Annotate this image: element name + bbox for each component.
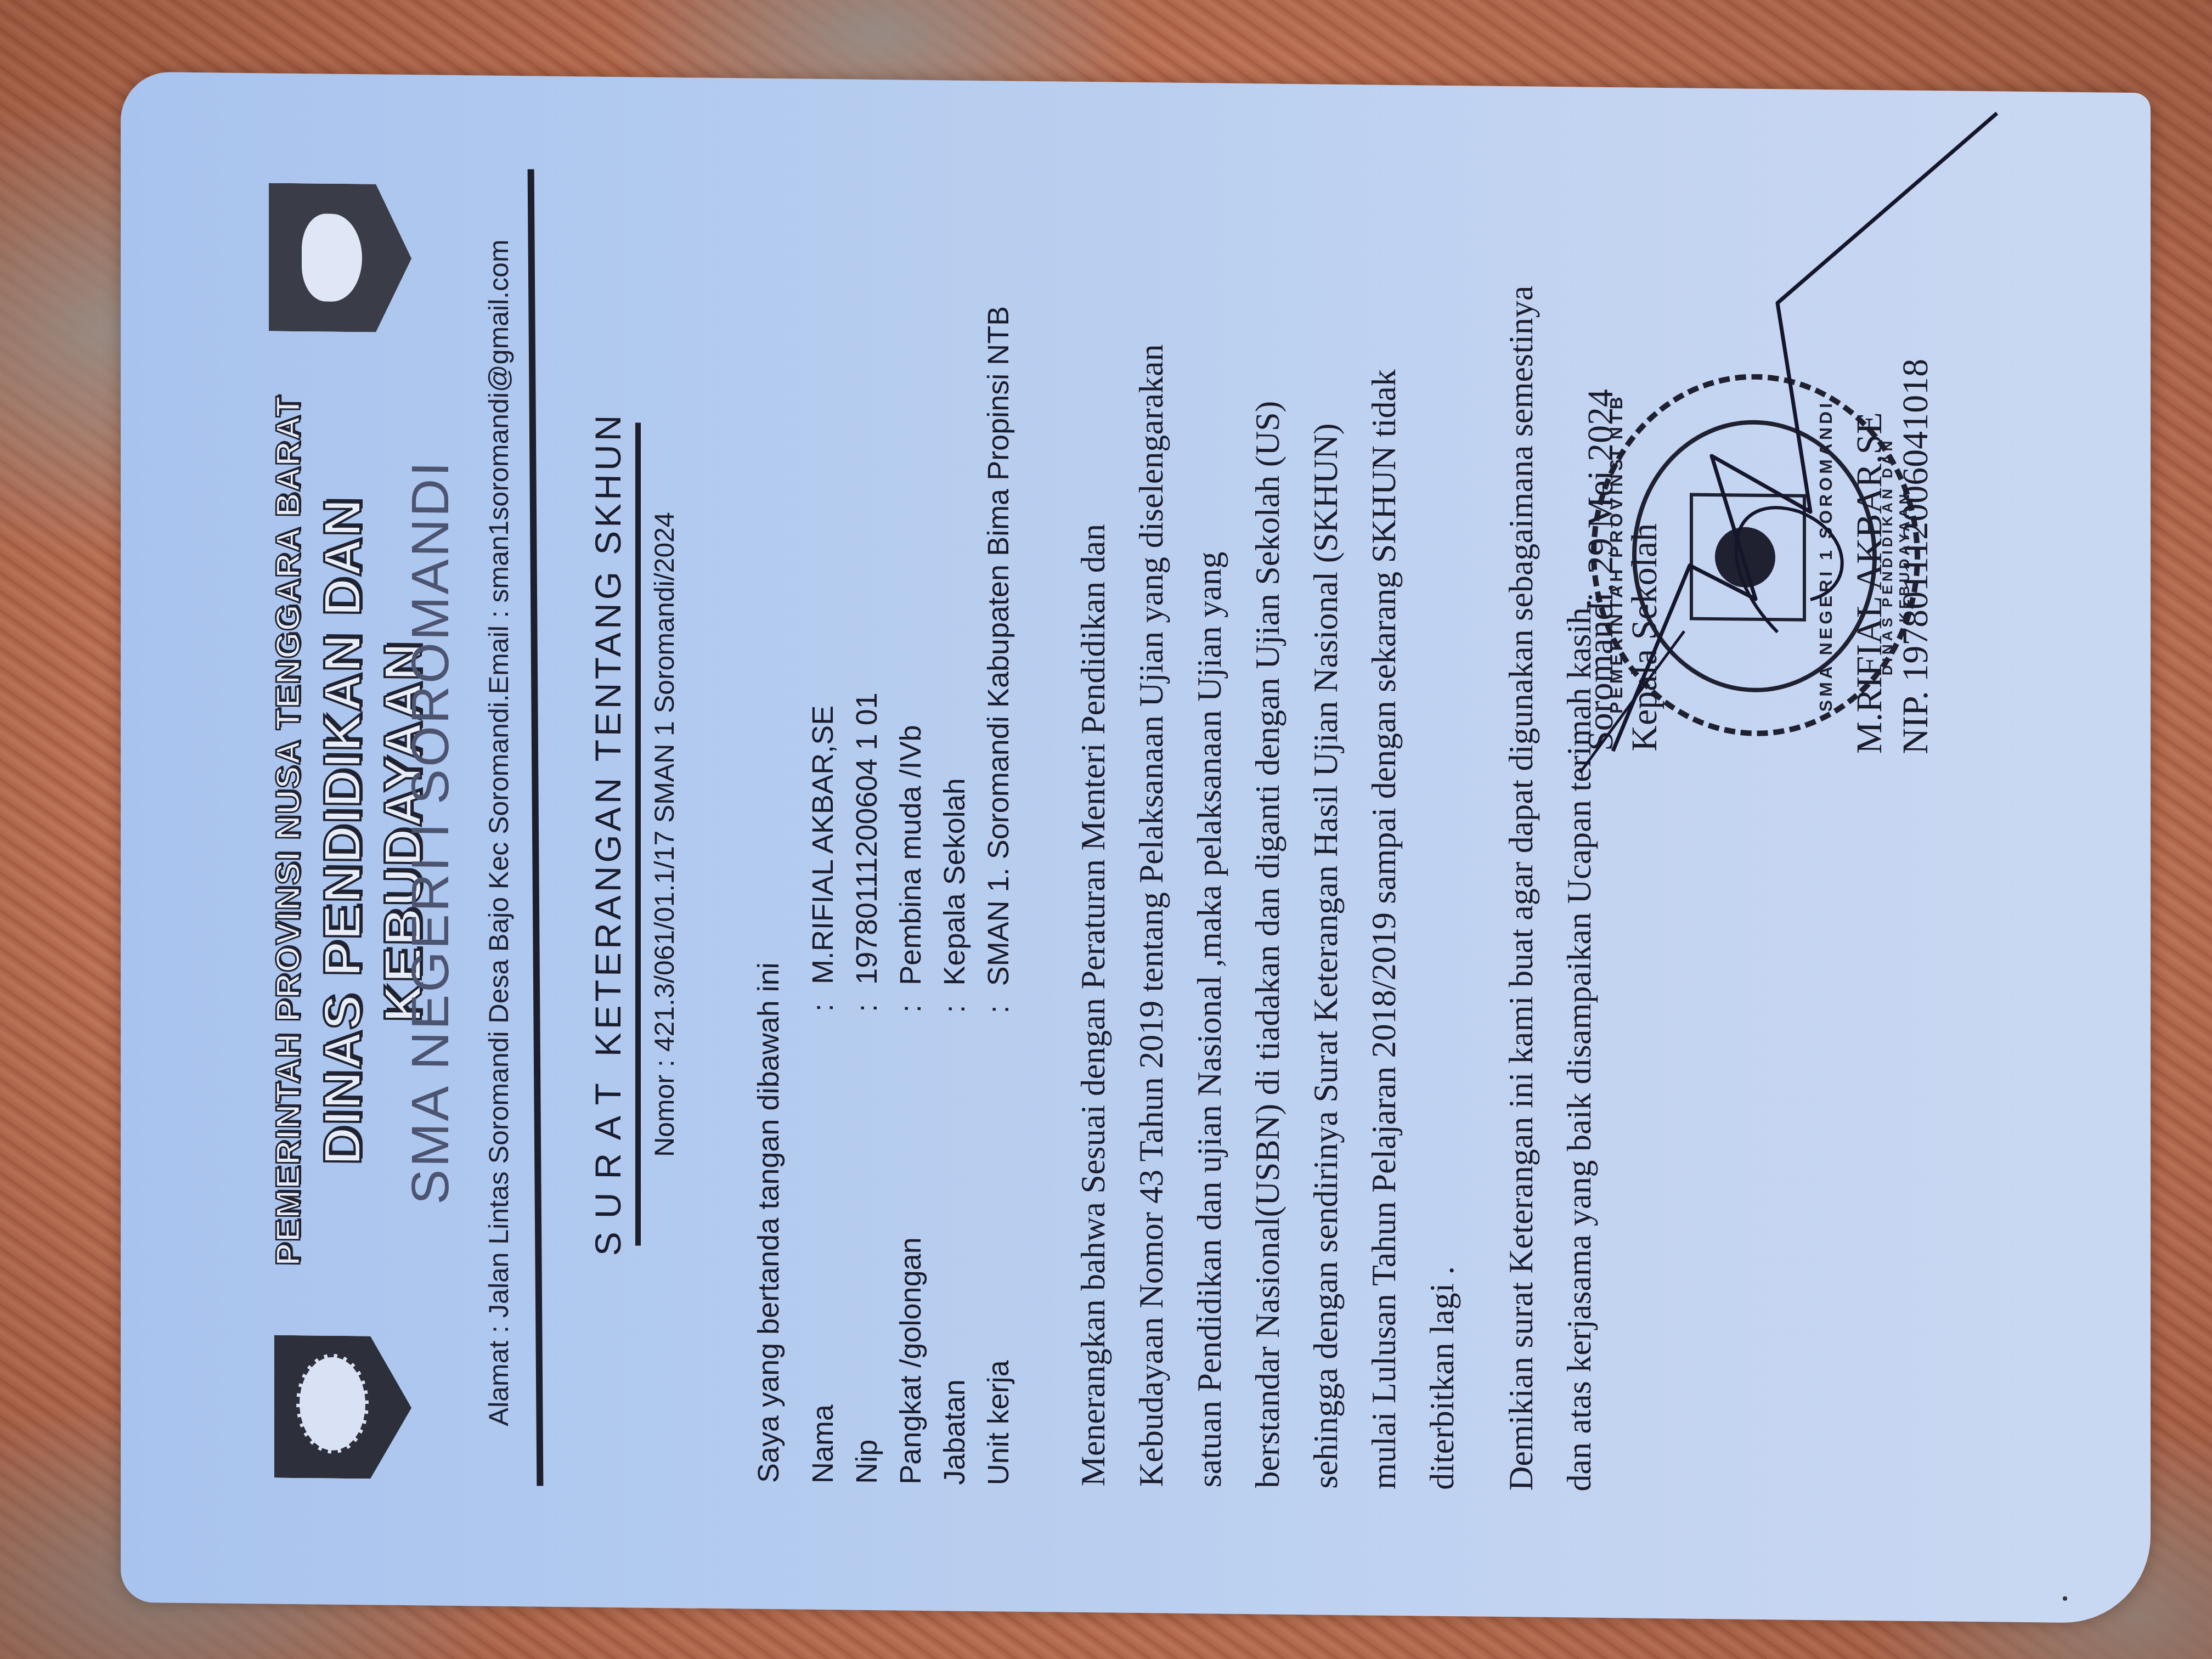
- letterhead-government: PEMERINTAH PROVINSI NUSA TENGGARA BARAT: [269, 347, 308, 1313]
- document-number: Nomor : 421.3/061/01.1/17 SMAN 1 Soroman…: [648, 187, 680, 1482]
- paper-speck: [2063, 1596, 2067, 1601]
- body-line: berstandar Nasional(USBN) di tiadakan da…: [1239, 171, 1297, 1488]
- letterhead-school-name: SMA NEGERI I SOROMANDI: [400, 349, 461, 1315]
- field-label: Nama: [806, 1012, 840, 1484]
- field-value: Pembina muda /IVb: [894, 725, 928, 985]
- signature-space: [1668, 203, 1849, 753]
- regency-emblem-icon: [269, 183, 411, 332]
- closing-line: Demikian surat Keterangan ini kami buat …: [1492, 174, 1550, 1491]
- field-row-unit-kerja: Unit kerja : SMAN 1. Soromandi Kabupaten…: [977, 306, 1020, 1485]
- document-title-main: KETERANGAN TENTANG SKHUN: [588, 411, 628, 1057]
- field-value: Kepala Sekolah: [938, 778, 972, 986]
- body-line: mulai Lulusan Tahun Pelajaran 2018/2019 …: [1355, 172, 1413, 1489]
- body-line: diterbitkan lagi .: [1413, 173, 1471, 1490]
- letterhead: PEMERINTAH PROVINSI NUSA TENGGARA BARAT …: [258, 183, 565, 1481]
- signer-fields: Nama : M.RIFIAL AKBAR,SE Nip : 197801112…: [801, 304, 1020, 1486]
- provincial-emblem-icon: [274, 1335, 411, 1480]
- document-title: SURATKETERANGAN TENTANG SKHUN: [587, 187, 629, 1482]
- field-label: Unit kerja: [981, 1013, 1015, 1486]
- letterhead-address: Alamat : Jalan Lintas Soromandi Desa Baj…: [483, 169, 515, 1497]
- field-row-jabatan: Jabatan : Kepala Sekolah: [933, 306, 977, 1485]
- signature-role: Kepala Sekolah: [1624, 202, 1668, 752]
- document-title-block: SURATKETERANGAN TENTANG SKHUN Nomor : 42…: [587, 187, 680, 1482]
- document-title-prefix: SURAT: [588, 1070, 628, 1256]
- field-colon: :: [894, 985, 928, 1013]
- field-colon: :: [850, 985, 884, 1013]
- field-colon: :: [806, 984, 840, 1012]
- body-line: satuan Pendidikan dan ujian Nasional ,ma…: [1181, 171, 1239, 1488]
- field-row-nama: Nama : M.RIFIAL AKBAR,SE: [801, 304, 845, 1483]
- field-label: Nip: [850, 1012, 884, 1485]
- signature-block: Soromandi, 29 Mei 2024 Kepala Sekolah M.…: [1580, 202, 1939, 754]
- title-underline: [635, 422, 641, 1245]
- field-colon: :: [938, 985, 972, 1013]
- signature-place-date: Soromandi, 29 Mei 2024: [1580, 202, 1624, 751]
- body-line: Menerangkan bahwa Sesuai dengan Peratura…: [1064, 170, 1122, 1487]
- body-line: Kebudayaan Nomor 43 Tahun 2019 tentang P…: [1122, 170, 1181, 1487]
- field-colon: :: [981, 986, 1015, 1014]
- signature-name: M.RIFIAL AKBAR,SE: [1849, 205, 1895, 754]
- field-value: M.RIFIAL AKBAR,SE: [806, 706, 840, 985]
- letterhead-divider: [528, 169, 544, 1486]
- field-row-nip: Nip : 19780111200604 1 01: [845, 304, 889, 1484]
- signature-nip: NIP. 197801112006041018: [1895, 205, 1939, 754]
- intro-text: Saya yang bertanda tangan dibawah ini: [752, 962, 786, 1483]
- field-row-pangkat: Pangkat /golongan : Pembina muda /IVb: [889, 305, 933, 1485]
- photo-frame: PEMERINTAH PROVINSI NUSA TENGGARA BARAT …: [104, 60, 2167, 1635]
- document-page: PEMERINTAH PROVINSI NUSA TENGGARA BARAT …: [121, 72, 2151, 1624]
- field-label: Pangkat /golongan: [894, 1012, 928, 1485]
- body-paragraph: Menerangkan bahwa Sesuai dengan Peratura…: [1064, 170, 1471, 1491]
- field-value: SMAN 1. Soromandi Kabupaten Bima Propins…: [981, 306, 1015, 986]
- field-label: Jabatan: [938, 1013, 972, 1485]
- field-value: 19780111200604 1 01: [850, 692, 884, 985]
- body-line: sehingga dengan sendirinya Surat Keteran…: [1297, 172, 1355, 1489]
